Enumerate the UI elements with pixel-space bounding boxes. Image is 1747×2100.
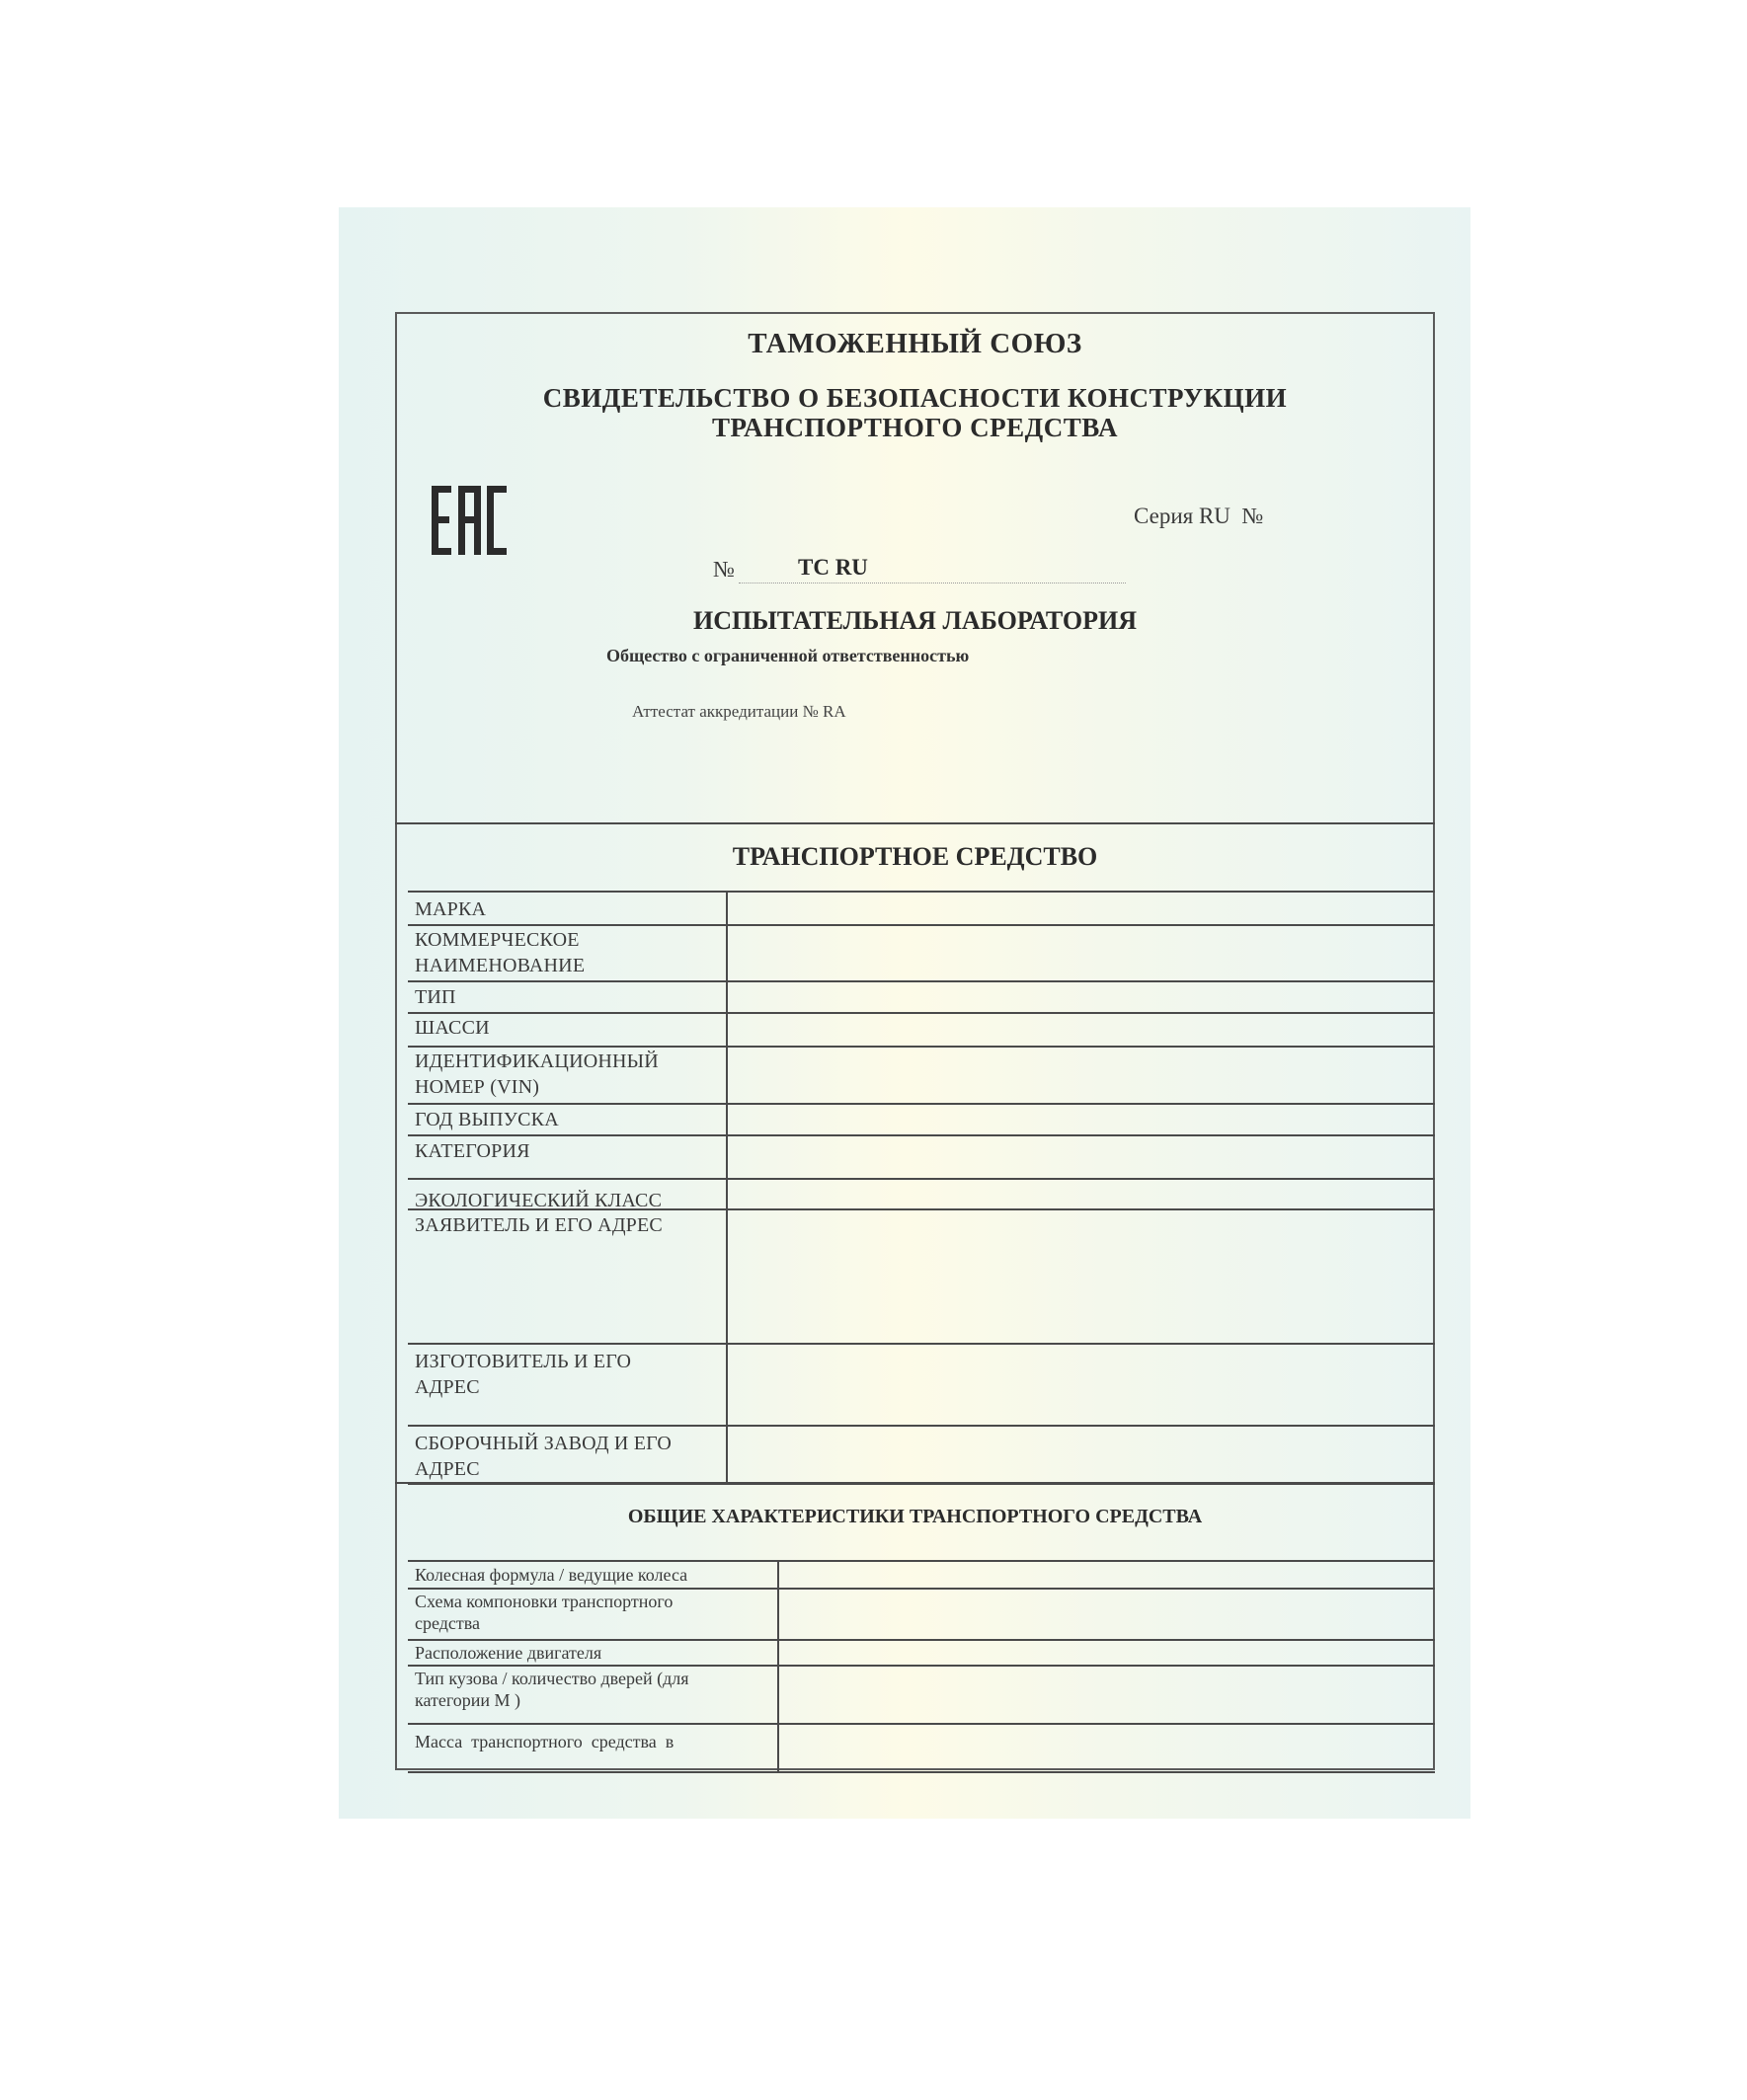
table-column-divider: [777, 1560, 779, 1771]
testing-lab-organization: Общество с ограниченной ответственностью: [606, 646, 969, 666]
table-row-label: ИЗГОТОВИТЕЛЬ И ЕГО АДРЕС: [415, 1349, 631, 1400]
table-row-label: ГОД ВЫПУСКА: [415, 1107, 559, 1132]
table-row-label: Расположение двигателя: [415, 1642, 601, 1664]
table-row-value[interactable]: [730, 1105, 1431, 1132]
table-row-value[interactable]: [730, 1345, 1431, 1423]
table-row-value[interactable]: [730, 1014, 1431, 1044]
series-number-label: Серия RU №: [1134, 504, 1263, 529]
table-row-value[interactable]: [781, 1641, 1431, 1663]
table-row-value[interactable]: [730, 1180, 1431, 1206]
table-row-value[interactable]: [781, 1667, 1431, 1721]
table-row-label: ТИП: [415, 984, 456, 1010]
table-row-label: Схема компоновки транспортного средства: [415, 1591, 673, 1634]
table-row-label: ЗАЯВИТЕЛЬ И ЕГО АДРЕС: [415, 1212, 663, 1238]
table-row-label: КОММЕРЧЕСКОЕ НАИМЕНОВАНИЕ: [415, 927, 585, 978]
table-row-label: Колесная формула / ведущие колеса: [415, 1564, 687, 1586]
certificate-title-line2: ТРАНСПОРТНОГО СРЕДСТВА: [395, 413, 1435, 443]
table-row-value[interactable]: [781, 1590, 1431, 1637]
customs-union-title: ТАМОЖЕННЫЙ СОЮЗ: [395, 328, 1435, 360]
certificate-number-sign: №: [713, 557, 735, 583]
characteristics-section-title: ОБЩИЕ ХАРАКТЕРИСТИКИ ТРАНСПОРТНОГО СРЕДС…: [395, 1506, 1435, 1528]
testing-lab-title: ИСПЫТАТЕЛЬНАЯ ЛАБОРАТОРИЯ: [395, 606, 1435, 636]
table-row-label: МАРКА: [415, 896, 486, 922]
table-row-value[interactable]: [730, 1427, 1431, 1481]
characteristics-divider: [395, 1482, 1435, 1484]
accreditation-certificate: Аттестат аккредитации № RA: [632, 702, 846, 722]
table-row-label: ШАССИ: [415, 1015, 490, 1041]
certificate-number-underline: [739, 583, 1126, 583]
vehicle-section-title: ТРАНСПОРТНОЕ СРЕДСТВО: [395, 842, 1435, 872]
eac-logo-icon: [432, 486, 507, 555]
certificate-number-value: TC RU: [798, 555, 868, 581]
table-row-label: Тип кузова / количество дверей (для кате…: [415, 1668, 689, 1711]
table-row-value[interactable]: [781, 1562, 1431, 1586]
table-row-value[interactable]: [730, 926, 1431, 978]
table-row-value[interactable]: [730, 1048, 1431, 1101]
table-row-value[interactable]: [730, 893, 1431, 922]
table-row-value[interactable]: [730, 982, 1431, 1010]
table-row-divider: [408, 1771, 1435, 1773]
table-row-label: Масса транспортного средства в: [415, 1731, 674, 1752]
table-column-divider: [726, 891, 728, 1483]
table-row-label: ЭКОЛОГИЧЕСКИЙ КЛАСС: [415, 1188, 662, 1213]
table-row-label: ИДЕНТИФИКАЦИОННЫЙ НОМЕР (VIN): [415, 1049, 659, 1100]
table-row-label: СБОРОЧНЫЙ ЗАВОД И ЕГО АДРЕС: [415, 1431, 672, 1482]
table-row-value[interactable]: [781, 1725, 1431, 1769]
section-divider: [395, 822, 1435, 824]
table-row-value[interactable]: [730, 1210, 1431, 1341]
table-row-value[interactable]: [730, 1136, 1431, 1176]
table-row-label: КАТЕГОРИЯ: [415, 1138, 530, 1164]
certificate-title-line1: СВИДЕТЕЛЬСТВО О БЕЗОПАСНОСТИ КОНСТРУКЦИИ: [395, 383, 1435, 414]
